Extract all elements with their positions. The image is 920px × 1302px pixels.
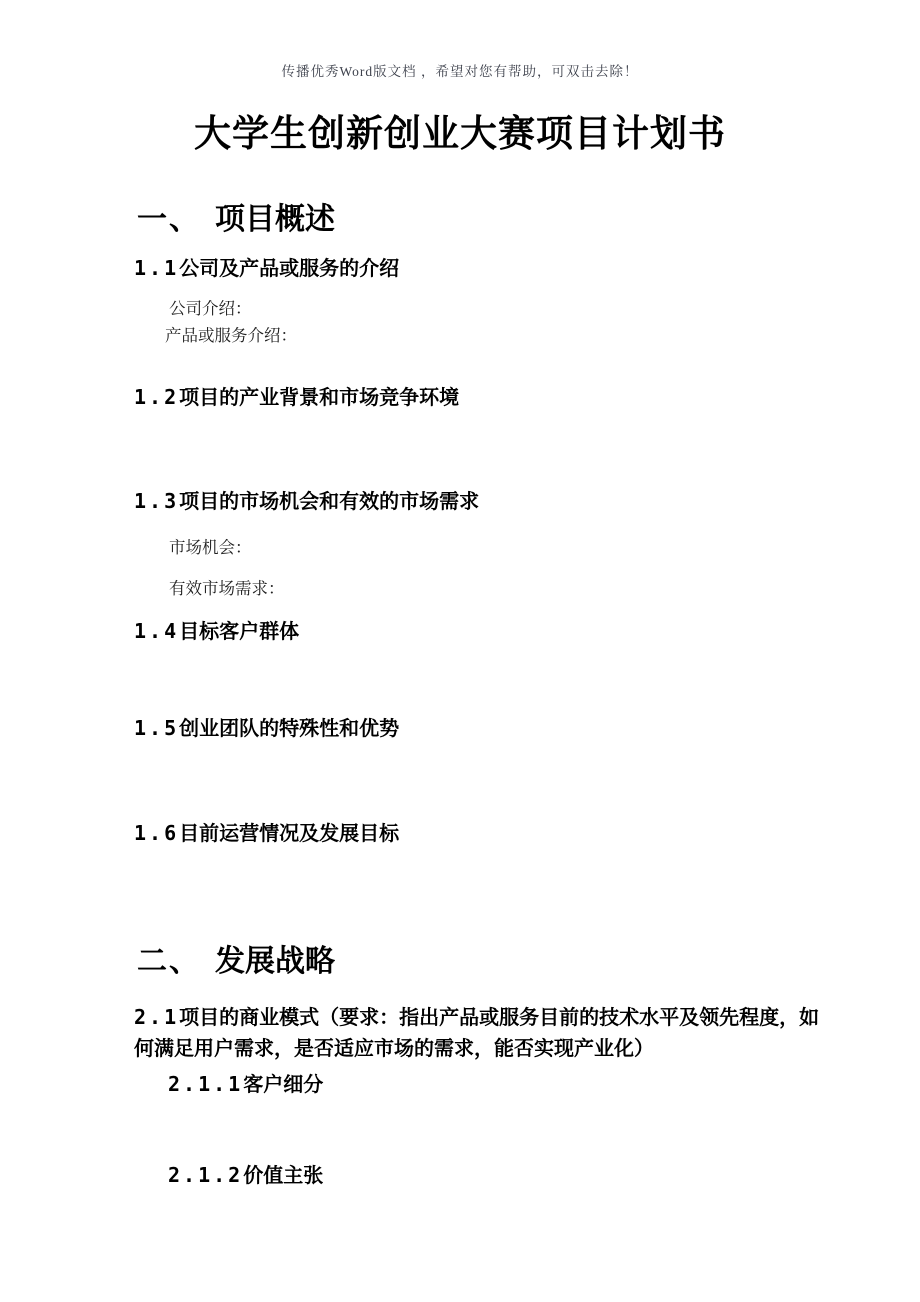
- subsection-2-1-2: 2.1.2价值主张: [168, 1159, 323, 1188]
- subsection-2-1-1: 2.1.1客户细分: [168, 1068, 323, 1097]
- subsection-1-3-number: 1.3: [134, 489, 179, 513]
- subsection-1-2: 1.2项目的产业背景和市场竞争环境: [134, 381, 459, 410]
- subsection-1-5: 1.5创业团队的特殊性和优势: [134, 712, 399, 741]
- section-heading-2: 二、发展战略: [137, 936, 335, 980]
- section-1-title: 项目概述: [215, 203, 335, 236]
- label-company-intro: 公司介绍：: [169, 295, 252, 319]
- subsection-2-1-1-title: 客户细分: [243, 1074, 323, 1096]
- section-2-title: 发展战略: [215, 945, 335, 978]
- subsection-2-1-title: 项目的商业模式（要求：指出产品或服务目前的技术水平及领先程度，如何满足用户需求，…: [134, 1007, 819, 1060]
- subsection-2-1-2-title: 价值主张: [243, 1165, 323, 1187]
- label-market-opportunity: 市场机会：: [169, 534, 252, 558]
- section-2-number: 二、: [137, 944, 201, 979]
- section-1-number: 一、: [137, 202, 201, 237]
- subsection-1-6: 1.6目前运营情况及发展目标: [134, 817, 399, 846]
- subsection-1-1: 1.1公司及产品或服务的介绍: [134, 252, 399, 281]
- label-effective-demand: 有效市场需求：: [169, 575, 285, 599]
- subsection-1-6-number: 1.6: [134, 821, 179, 845]
- label-product-intro: 产品或服务介绍：: [165, 322, 297, 346]
- subsection-1-6-title: 目前运营情况及发展目标: [179, 823, 399, 845]
- subsection-1-4-title: 目标客户群体: [179, 621, 299, 643]
- header-note[interactable]: 传播优秀Word版文档 ，希望对您有帮助，可双击去除！: [0, 60, 920, 80]
- subsection-1-2-title: 项目的产业背景和市场竞争环境: [179, 387, 459, 409]
- subsection-1-1-title: 公司及产品或服务的介绍: [179, 258, 399, 280]
- subsection-1-1-number: 1.1: [134, 256, 179, 280]
- subsection-1-4: 1.4目标客户群体: [134, 615, 299, 644]
- subsection-2-1-2-number: 2.1.2: [168, 1163, 243, 1187]
- subsection-1-3: 1.3项目的市场机会和有效的市场需求: [134, 485, 479, 514]
- subsection-1-5-title: 创业团队的特殊性和优势: [179, 718, 399, 740]
- subsection-2-1-number: 2.1: [134, 1005, 179, 1029]
- section-heading-1: 一、项目概述: [137, 194, 335, 238]
- subsection-2-1: 2.1项目的商业模式（要求：指出产品或服务目前的技术水平及领先程度，如何满足用户…: [134, 1002, 836, 1065]
- subsection-1-3-title: 项目的市场机会和有效的市场需求: [179, 491, 479, 513]
- document-title: 大学生创新创业大赛项目计划书: [0, 103, 920, 157]
- subsection-1-2-number: 1.2: [134, 385, 179, 409]
- subsection-2-1-1-number: 2.1.1: [168, 1072, 243, 1096]
- subsection-1-4-number: 1.4: [134, 619, 179, 643]
- subsection-1-5-number: 1.5: [134, 716, 179, 740]
- document-page: 传播优秀Word版文档 ，希望对您有帮助，可双击去除！ 大学生创新创业大赛项目计…: [0, 0, 920, 1302]
